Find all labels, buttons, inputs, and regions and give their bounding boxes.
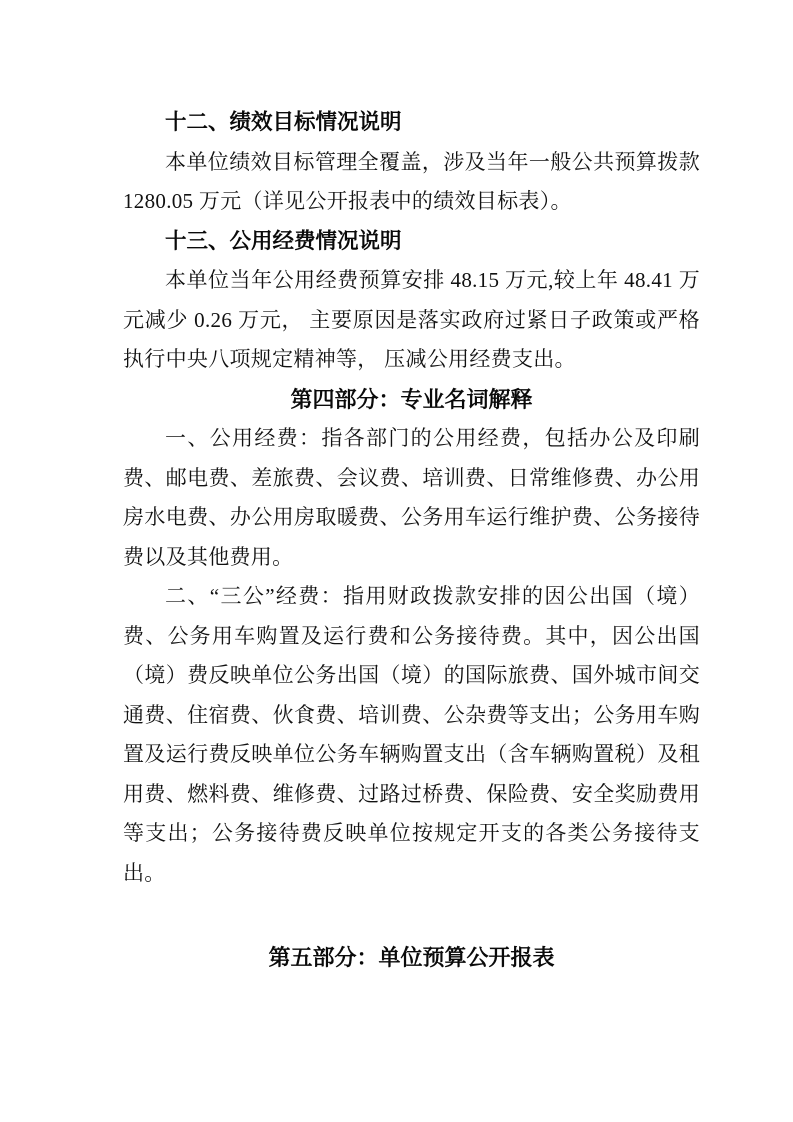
title-part-4-terminology: 第四部分：专业名词解释 bbox=[123, 380, 700, 420]
paragraph-term-three-public-expenses: 二、“三公”经费：指用财政拨款安排的因公出国（境）费、公务用车购置及运行费和公务… bbox=[123, 577, 700, 893]
paragraph-performance-targets: 本单位绩效目标管理全覆盖，涉及当年一般公共预算拨款 1280.05 万元（详见公… bbox=[123, 143, 700, 222]
document-page: 十二、绩效目标情况说明 本单位绩效目标管理全覆盖，涉及当年一般公共预算拨款 12… bbox=[0, 0, 793, 1122]
heading-section-12-performance-targets: 十二、绩效目标情况说明 bbox=[123, 103, 700, 143]
paragraph-public-funds-budget: 本单位当年公用经费预算安排 48.15 万元,较上年 48.41 万元减少 0.… bbox=[123, 261, 700, 380]
paragraph-term-public-funds: 一、公用经费：指各部门的公用经费，包括办公及印刷费、邮电费、差旅费、会议费、培训… bbox=[123, 419, 700, 577]
heading-section-13-public-funds: 十三、公用经费情况说明 bbox=[123, 222, 700, 262]
title-part-5-budget-tables: 第五部分：单位预算公开报表 bbox=[123, 938, 700, 978]
